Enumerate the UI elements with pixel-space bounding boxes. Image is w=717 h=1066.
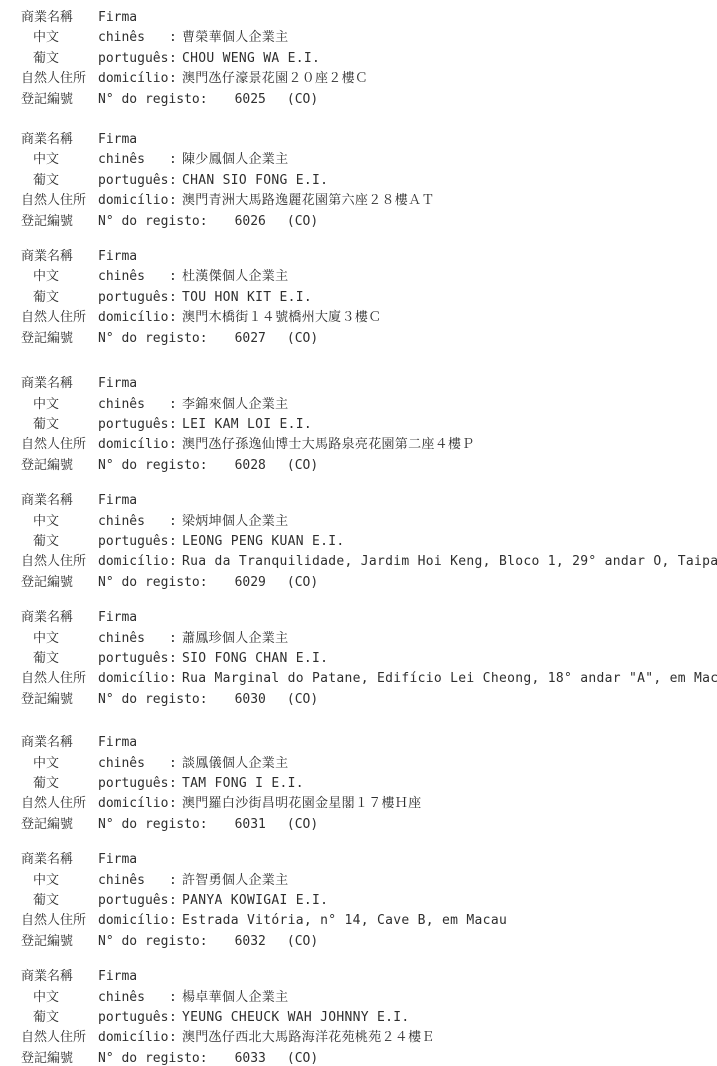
row-portuguese-name: 葡文 português : TAM FONG I E.I. bbox=[21, 774, 717, 794]
label-firma-zh: 商業名稱 bbox=[21, 733, 98, 753]
label-portuguese-zh: 葡文 bbox=[21, 649, 98, 669]
label-registration-pt: N° do registo: bbox=[98, 573, 208, 593]
portuguese-name-value: CHAN SIO FONG E.I. bbox=[182, 171, 717, 191]
colon-separator: : bbox=[169, 1008, 182, 1028]
colon-separator: : bbox=[169, 911, 182, 931]
row-registration: 登記編號 N° do registo: 6031 (CO) bbox=[21, 815, 717, 835]
row-registration: 登記編號 N° do registo: 6027 (CO) bbox=[21, 329, 717, 349]
label-firma-pt: Firma bbox=[98, 491, 169, 511]
registration-type-value: (CO) bbox=[287, 1049, 318, 1066]
registry-entry: 商業名稱 Firma 中文 chinês : 陳少鳳個人企業主 葡文 portu… bbox=[21, 130, 717, 232]
label-domicile-zh: 自然人住所 bbox=[21, 552, 98, 572]
label-firma-pt: Firma bbox=[98, 130, 169, 150]
colon-separator: : bbox=[169, 28, 182, 48]
label-portuguese-zh: 葡文 bbox=[21, 171, 98, 191]
row-domicile: 自然人住所 domicílio : 澳門青洲大馬路逸麗花園第六座２８樓ＡＴ bbox=[21, 191, 717, 211]
registration-type-value: (CO) bbox=[287, 329, 318, 349]
domicile-value: 澳門木橋街１４號橋州大廈３樓Ｃ bbox=[182, 308, 717, 328]
registration-number-value: 6025 bbox=[235, 90, 266, 110]
label-portuguese-zh: 葡文 bbox=[21, 532, 98, 552]
chinese-name-value: 陳少鳳個人企業主 bbox=[182, 150, 717, 170]
domicile-value: Rua da Tranquilidade, Jardim Hoi Keng, B… bbox=[182, 552, 717, 572]
registry-entry: 商業名稱 Firma 中文 chinês : 李錦來個人企業主 葡文 portu… bbox=[21, 374, 717, 476]
registration-type-value: (CO) bbox=[287, 212, 318, 232]
label-portuguese-pt: português bbox=[98, 49, 169, 69]
colon-separator: : bbox=[169, 629, 182, 649]
row-portuguese-name: 葡文 português : CHAN SIO FONG E.I. bbox=[21, 171, 717, 191]
label-chinese-zh: 中文 bbox=[21, 754, 98, 774]
label-portuguese-pt: português bbox=[98, 415, 169, 435]
registration-type-value: (CO) bbox=[287, 690, 318, 710]
domicile-value: 澳門氹仔濠景花園２０座２樓Ｃ bbox=[182, 69, 717, 89]
row-registration: 登記編號 N° do registo: 6028 (CO) bbox=[21, 456, 717, 476]
row-chinese-name: 中文 chinês : 楊卓華個人企業主 bbox=[21, 988, 717, 1008]
row-registration: 登記編號 N° do registo: 6033 (CO) bbox=[21, 1049, 717, 1066]
label-portuguese-zh: 葡文 bbox=[21, 288, 98, 308]
portuguese-name-value: SIO FONG CHAN E.I. bbox=[182, 649, 717, 669]
label-chinese-pt: chinês bbox=[98, 395, 169, 415]
label-domicile-pt: domicílio bbox=[98, 794, 169, 814]
chinese-name-value: 談鳳儀個人企業主 bbox=[182, 754, 717, 774]
label-domicile-pt: domicílio bbox=[98, 308, 169, 328]
colon-separator: : bbox=[169, 891, 182, 911]
portuguese-name-value: LEI KAM LOI E.I. bbox=[182, 415, 717, 435]
registration-number-value: 6031 bbox=[235, 815, 266, 835]
label-portuguese-pt: português bbox=[98, 649, 169, 669]
row-domicile: 自然人住所 domicílio : 澳門氹仔孫逸仙博士大馬路泉亮花園第二座４樓Ｐ bbox=[21, 435, 717, 455]
registry-entry: 商業名稱 Firma 中文 chinês : 曹榮華個人企業主 葡文 portu… bbox=[21, 8, 717, 110]
chinese-name-value: 蕭鳳珍個人企業主 bbox=[182, 629, 717, 649]
label-registration-zh: 登記編號 bbox=[21, 690, 98, 710]
portuguese-name-value: PANYA KOWIGAI E.I. bbox=[182, 891, 717, 911]
label-registration-zh: 登記編號 bbox=[21, 573, 98, 593]
label-domicile-zh: 自然人住所 bbox=[21, 911, 98, 931]
label-firma-zh: 商業名稱 bbox=[21, 8, 98, 28]
label-firma-zh: 商業名稱 bbox=[21, 850, 98, 870]
label-domicile-zh: 自然人住所 bbox=[21, 1028, 98, 1048]
label-firma-zh: 商業名稱 bbox=[21, 967, 98, 987]
chinese-name-value: 李錦來個人企業主 bbox=[182, 395, 717, 415]
label-chinese-zh: 中文 bbox=[21, 267, 98, 287]
row-firma: 商業名稱 Firma bbox=[21, 608, 717, 628]
colon-separator: : bbox=[169, 794, 182, 814]
row-domicile: 自然人住所 domicílio : Rua da Tranquilidade, … bbox=[21, 552, 717, 572]
registration-number-value: 6030 bbox=[235, 690, 266, 710]
colon-separator: : bbox=[169, 754, 182, 774]
colon-separator: : bbox=[169, 774, 182, 794]
row-portuguese-name: 葡文 português : TOU HON KIT E.I. bbox=[21, 288, 717, 308]
row-registration: 登記編號 N° do registo: 6026 (CO) bbox=[21, 212, 717, 232]
registry-entry: 商業名稱 Firma 中文 chinês : 杜漢傑個人企業主 葡文 portu… bbox=[21, 247, 717, 349]
registration-type-value: (CO) bbox=[287, 932, 318, 952]
label-chinese-zh: 中文 bbox=[21, 395, 98, 415]
registration-type-value: (CO) bbox=[287, 456, 318, 476]
label-chinese-zh: 中文 bbox=[21, 629, 98, 649]
label-registration-pt: N° do registo: bbox=[98, 932, 208, 952]
portuguese-name-value: CHOU WENG WA E.I. bbox=[182, 49, 717, 69]
label-domicile-pt: domicílio bbox=[98, 669, 169, 689]
label-portuguese-zh: 葡文 bbox=[21, 49, 98, 69]
registry-entry: 商業名稱 Firma 中文 chinês : 許智勇個人企業主 葡文 portu… bbox=[21, 850, 717, 952]
label-firma-zh: 商業名稱 bbox=[21, 608, 98, 628]
label-chinese-zh: 中文 bbox=[21, 871, 98, 891]
colon-separator: : bbox=[169, 171, 182, 191]
label-domicile-zh: 自然人住所 bbox=[21, 669, 98, 689]
colon-separator: : bbox=[169, 69, 182, 89]
label-chinese-pt: chinês bbox=[98, 512, 169, 532]
label-firma-pt: Firma bbox=[98, 8, 169, 28]
row-chinese-name: 中文 chinês : 李錦來個人企業主 bbox=[21, 395, 717, 415]
label-firma-pt: Firma bbox=[98, 850, 169, 870]
row-chinese-name: 中文 chinês : 陳少鳳個人企業主 bbox=[21, 150, 717, 170]
row-chinese-name: 中文 chinês : 杜漢傑個人企業主 bbox=[21, 267, 717, 287]
label-registration-zh: 登記編號 bbox=[21, 456, 98, 476]
label-portuguese-pt: português bbox=[98, 891, 169, 911]
label-registration-pt: N° do registo: bbox=[98, 329, 208, 349]
label-registration-zh: 登記編號 bbox=[21, 932, 98, 952]
colon-separator: : bbox=[169, 1028, 182, 1048]
label-registration-pt: N° do registo: bbox=[98, 690, 208, 710]
row-registration: 登記編號 N° do registo: 6025 (CO) bbox=[21, 90, 717, 110]
row-domicile: 自然人住所 domicílio : 澳門氹仔西北大馬路海洋花苑桃苑２４樓Ｅ bbox=[21, 1028, 717, 1048]
row-firma: 商業名稱 Firma bbox=[21, 247, 717, 267]
colon-separator: : bbox=[169, 512, 182, 532]
registration-type-value: (CO) bbox=[287, 815, 318, 835]
label-domicile-zh: 自然人住所 bbox=[21, 69, 98, 89]
colon-separator: : bbox=[169, 871, 182, 891]
registry-entry: 商業名稱 Firma 中文 chinês : 楊卓華個人企業主 葡文 portu… bbox=[21, 967, 717, 1066]
row-chinese-name: 中文 chinês : 談鳳儀個人企業主 bbox=[21, 754, 717, 774]
label-domicile-pt: domicílio bbox=[98, 552, 169, 572]
row-chinese-name: 中文 chinês : 許智勇個人企業主 bbox=[21, 871, 717, 891]
registry-entry: 商業名稱 Firma 中文 chinês : 談鳳儀個人企業主 葡文 portu… bbox=[21, 733, 717, 835]
row-portuguese-name: 葡文 português : PANYA KOWIGAI E.I. bbox=[21, 891, 717, 911]
label-firma-zh: 商業名稱 bbox=[21, 130, 98, 150]
row-firma: 商業名稱 Firma bbox=[21, 8, 717, 28]
registry-entries-list: 商業名稱 Firma 中文 chinês : 曹榮華個人企業主 葡文 portu… bbox=[21, 8, 717, 1066]
colon-separator: : bbox=[169, 532, 182, 552]
row-domicile: 自然人住所 domicílio : Rua Marginal do Patane… bbox=[21, 669, 717, 689]
label-registration-pt: N° do registo: bbox=[98, 815, 208, 835]
colon-separator: : bbox=[169, 288, 182, 308]
label-registration-pt: N° do registo: bbox=[98, 1049, 208, 1066]
row-portuguese-name: 葡文 português : YEUNG CHEUCK WAH JOHNNY E… bbox=[21, 1008, 717, 1028]
colon-separator: : bbox=[169, 649, 182, 669]
label-chinese-zh: 中文 bbox=[21, 150, 98, 170]
registration-number-value: 6026 bbox=[235, 212, 266, 232]
colon-separator: : bbox=[169, 267, 182, 287]
registration-number-value: 6029 bbox=[235, 573, 266, 593]
portuguese-name-value: TAM FONG I E.I. bbox=[182, 774, 717, 794]
label-portuguese-pt: português bbox=[98, 288, 169, 308]
colon-separator: : bbox=[169, 150, 182, 170]
row-firma: 商業名稱 Firma bbox=[21, 130, 717, 150]
label-registration-zh: 登記編號 bbox=[21, 212, 98, 232]
row-firma: 商業名稱 Firma bbox=[21, 850, 717, 870]
registry-entry: 商業名稱 Firma 中文 chinês : 梁炳坤個人企業主 葡文 portu… bbox=[21, 491, 717, 593]
label-portuguese-pt: português bbox=[98, 171, 169, 191]
label-firma-pt: Firma bbox=[98, 967, 169, 987]
colon-separator: : bbox=[169, 308, 182, 328]
registration-type-value: (CO) bbox=[287, 90, 318, 110]
chinese-name-value: 楊卓華個人企業主 bbox=[182, 988, 717, 1008]
domicile-value: 澳門羅白沙街昌明花園金星閣１７樓Ｈ座 bbox=[182, 794, 717, 814]
label-domicile-zh: 自然人住所 bbox=[21, 435, 98, 455]
label-chinese-pt: chinês bbox=[98, 871, 169, 891]
label-domicile-pt: domicílio bbox=[98, 911, 169, 931]
label-chinese-pt: chinês bbox=[98, 28, 169, 48]
colon-separator: : bbox=[169, 49, 182, 69]
row-chinese-name: 中文 chinês : 曹榮華個人企業主 bbox=[21, 28, 717, 48]
label-domicile-zh: 自然人住所 bbox=[21, 308, 98, 328]
label-chinese-pt: chinês bbox=[98, 150, 169, 170]
chinese-name-value: 梁炳坤個人企業主 bbox=[182, 512, 717, 532]
label-domicile-zh: 自然人住所 bbox=[21, 191, 98, 211]
label-firma-zh: 商業名稱 bbox=[21, 491, 98, 511]
label-registration-zh: 登記編號 bbox=[21, 329, 98, 349]
label-chinese-zh: 中文 bbox=[21, 28, 98, 48]
label-portuguese-pt: português bbox=[98, 532, 169, 552]
registration-type-value: (CO) bbox=[287, 573, 318, 593]
row-registration: 登記編號 N° do registo: 6029 (CO) bbox=[21, 573, 717, 593]
label-registration-pt: N° do registo: bbox=[98, 212, 208, 232]
label-firma-zh: 商業名稱 bbox=[21, 247, 98, 267]
label-chinese-pt: chinês bbox=[98, 629, 169, 649]
colon-separator: : bbox=[169, 669, 182, 689]
row-domicile: 自然人住所 domicílio : Estrada Vitória, n° 14… bbox=[21, 911, 717, 931]
label-firma-pt: Firma bbox=[98, 608, 169, 628]
chinese-name-value: 曹榮華個人企業主 bbox=[182, 28, 717, 48]
registration-number-value: 6027 bbox=[235, 329, 266, 349]
domicile-value: 澳門氹仔孫逸仙博士大馬路泉亮花園第二座４樓Ｐ bbox=[182, 435, 717, 455]
colon-separator: : bbox=[169, 191, 182, 211]
row-firma: 商業名稱 Firma bbox=[21, 733, 717, 753]
label-domicile-pt: domicílio bbox=[98, 191, 169, 211]
row-portuguese-name: 葡文 português : CHOU WENG WA E.I. bbox=[21, 49, 717, 69]
registration-number-value: 6033 bbox=[235, 1049, 266, 1066]
label-chinese-pt: chinês bbox=[98, 754, 169, 774]
label-firma-pt: Firma bbox=[98, 247, 169, 267]
row-firma: 商業名稱 Firma bbox=[21, 491, 717, 511]
row-registration: 登記編號 N° do registo: 6030 (CO) bbox=[21, 690, 717, 710]
label-portuguese-zh: 葡文 bbox=[21, 1008, 98, 1028]
row-chinese-name: 中文 chinês : 梁炳坤個人企業主 bbox=[21, 512, 717, 532]
label-registration-zh: 登記編號 bbox=[21, 815, 98, 835]
label-registration-zh: 登記編號 bbox=[21, 90, 98, 110]
label-registration-pt: N° do registo: bbox=[98, 456, 208, 476]
chinese-name-value: 杜漢傑個人企業主 bbox=[182, 267, 717, 287]
label-chinese-pt: chinês bbox=[98, 267, 169, 287]
row-chinese-name: 中文 chinês : 蕭鳳珍個人企業主 bbox=[21, 629, 717, 649]
row-domicile: 自然人住所 domicílio : 澳門羅白沙街昌明花園金星閣１７樓Ｈ座 bbox=[21, 794, 717, 814]
row-portuguese-name: 葡文 português : LEONG PENG KUAN E.I. bbox=[21, 532, 717, 552]
registration-number-value: 6028 bbox=[235, 456, 266, 476]
row-portuguese-name: 葡文 português : LEI KAM LOI E.I. bbox=[21, 415, 717, 435]
label-domicile-zh: 自然人住所 bbox=[21, 794, 98, 814]
label-portuguese-zh: 葡文 bbox=[21, 891, 98, 911]
domicile-value: Estrada Vitória, n° 14, Cave B, em Macau bbox=[182, 911, 717, 931]
colon-separator: : bbox=[169, 988, 182, 1008]
label-domicile-pt: domicílio bbox=[98, 435, 169, 455]
label-chinese-zh: 中文 bbox=[21, 988, 98, 1008]
label-registration-zh: 登記編號 bbox=[21, 1049, 98, 1066]
row-firma: 商業名稱 Firma bbox=[21, 967, 717, 987]
label-chinese-pt: chinês bbox=[98, 988, 169, 1008]
label-chinese-zh: 中文 bbox=[21, 512, 98, 532]
chinese-name-value: 許智勇個人企業主 bbox=[182, 871, 717, 891]
label-domicile-pt: domicílio bbox=[98, 1028, 169, 1048]
row-domicile: 自然人住所 domicílio : 澳門木橋街１４號橋州大廈３樓Ｃ bbox=[21, 308, 717, 328]
row-domicile: 自然人住所 domicílio : 澳門氹仔濠景花園２０座２樓Ｃ bbox=[21, 69, 717, 89]
portuguese-name-value: TOU HON KIT E.I. bbox=[182, 288, 717, 308]
row-registration: 登記編號 N° do registo: 6032 (CO) bbox=[21, 932, 717, 952]
domicile-value: 澳門氹仔西北大馬路海洋花苑桃苑２４樓Ｅ bbox=[182, 1028, 717, 1048]
label-portuguese-pt: português bbox=[98, 774, 169, 794]
colon-separator: : bbox=[169, 415, 182, 435]
label-domicile-pt: domicílio bbox=[98, 69, 169, 89]
label-portuguese-zh: 葡文 bbox=[21, 774, 98, 794]
label-portuguese-pt: português bbox=[98, 1008, 169, 1028]
row-portuguese-name: 葡文 português : SIO FONG CHAN E.I. bbox=[21, 649, 717, 669]
domicile-value: Rua Marginal do Patane, Edifício Lei Che… bbox=[182, 669, 717, 689]
label-firma-pt: Firma bbox=[98, 374, 169, 394]
colon-separator: : bbox=[169, 435, 182, 455]
registry-page: 商業名稱 Firma 中文 chinês : 曹榮華個人企業主 葡文 portu… bbox=[0, 0, 717, 1066]
label-portuguese-zh: 葡文 bbox=[21, 415, 98, 435]
row-firma: 商業名稱 Firma bbox=[21, 374, 717, 394]
colon-separator: : bbox=[169, 552, 182, 572]
registry-entry: 商業名稱 Firma 中文 chinês : 蕭鳳珍個人企業主 葡文 portu… bbox=[21, 608, 717, 710]
label-firma-zh: 商業名稱 bbox=[21, 374, 98, 394]
colon-separator: : bbox=[169, 395, 182, 415]
label-registration-pt: N° do registo: bbox=[98, 90, 208, 110]
portuguese-name-value: YEUNG CHEUCK WAH JOHNNY E.I. bbox=[182, 1008, 717, 1028]
portuguese-name-value: LEONG PENG KUAN E.I. bbox=[182, 532, 717, 552]
label-firma-pt: Firma bbox=[98, 733, 169, 753]
domicile-value: 澳門青洲大馬路逸麗花園第六座２８樓ＡＴ bbox=[182, 191, 717, 211]
registration-number-value: 6032 bbox=[235, 932, 266, 952]
